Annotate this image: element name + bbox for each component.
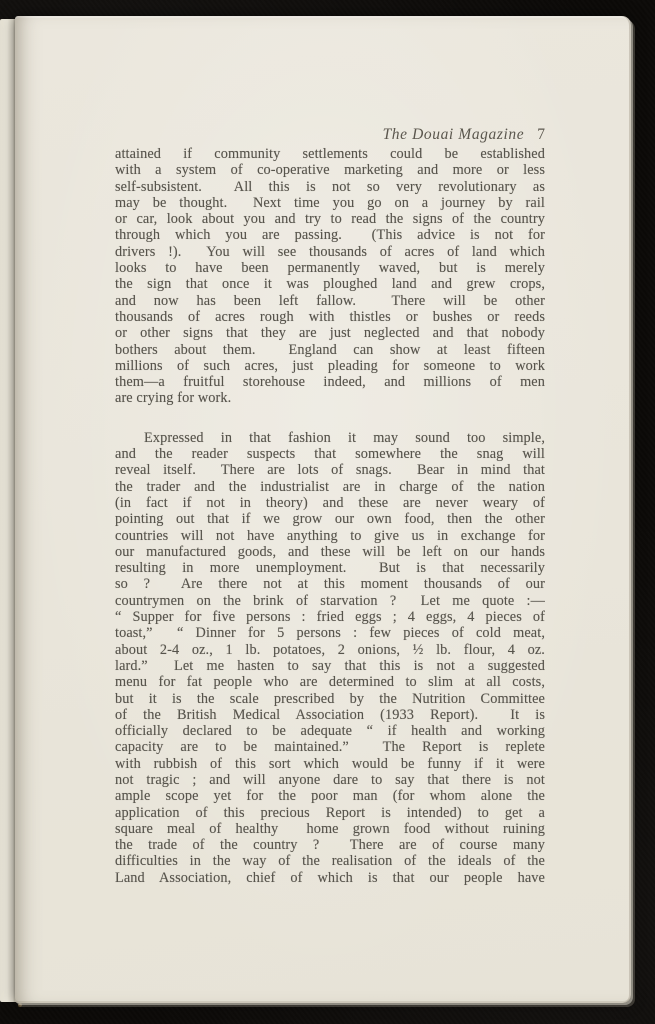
text-line: the sign that once it was ploughed land … (115, 276, 545, 292)
text-line: attained if community settlements could … (115, 146, 545, 162)
text-line: through which you are passing. (This adv… (115, 227, 545, 243)
text-line: pointing out that if we grow our own foo… (115, 511, 545, 527)
paper-speck (18, 1003, 22, 1007)
text-line: our manufactured goods, and these will b… (115, 544, 545, 560)
text-line: “ Supper for five persons : fried eggs ;… (115, 609, 545, 625)
text-line: not tragic ; and will anyone dare to say… (115, 772, 545, 788)
text-line: the trader and the industrialist are in … (115, 479, 545, 495)
text-line: toast,” “ Dinner for 5 persons : few pie… (115, 625, 545, 641)
text-line: about 2-4 oz., 1 lb. potatoes, 2 onions,… (115, 642, 545, 658)
text-line: with a system of co-operative marketing … (115, 162, 545, 178)
text-line: Land Association, chief of which is that… (115, 870, 545, 886)
text-line: of the British Medical Association (1933… (115, 707, 545, 723)
text-line: the trade of the country ? There are of … (115, 837, 545, 853)
text-line: or other signs that they are just neglec… (115, 325, 545, 341)
text-line: officially declared to be adequate “ if … (115, 723, 545, 739)
magazine-title: The Douai Magazine (383, 126, 525, 143)
text-line: drivers !). You will see thousands of ac… (115, 244, 545, 260)
text-line: bothers about them. England can show at … (115, 342, 545, 358)
text-line: capacity are to be maintained.” The Repo… (115, 739, 545, 755)
text-line: are crying for work. (115, 390, 545, 406)
text-line: reveal itself. There are lots of snags. … (115, 462, 545, 478)
text-line: self-subsistent. All this is not so very… (115, 179, 545, 195)
text-line: or car, look about you and try to read t… (115, 211, 545, 227)
paragraph: Expressed in that fashion it may sound t… (115, 430, 545, 886)
text-line: menu for fat people who are determined t… (115, 674, 545, 690)
text-line: difficulties in the way of the realisati… (115, 853, 545, 869)
text-line: Expressed in that fashion it may sound t… (115, 430, 545, 446)
underlying-page-edge (0, 19, 16, 1002)
text-line: and now has been left fallow. There will… (115, 293, 545, 309)
text-line: with rubbish of this sort which would be… (115, 756, 545, 772)
text-line: square meal of healthy home grown food w… (115, 821, 545, 837)
text-line: thousands of acres rough with thistles o… (115, 309, 545, 325)
text-line: so ? Are there not at this moment thousa… (115, 576, 545, 592)
text-line: millions of such acres, just pleading fo… (115, 358, 545, 374)
magazine-page: The Douai Magazine7 attained if communit… (15, 16, 631, 1003)
text-line: (in fact if not in theory) and these are… (115, 495, 545, 511)
book-scan: The Douai Magazine7 attained if communit… (0, 0, 655, 1024)
page-body-text: attained if community settlements could … (115, 146, 545, 886)
text-line: but it is the scale prescribed by the Nu… (115, 691, 545, 707)
text-line: may be thought. Next time you go on a jo… (115, 195, 545, 211)
text-line: lard.” Let me hasten to say that this is… (115, 658, 545, 674)
paragraph: attained if community settlements could … (115, 146, 545, 407)
text-line: ample scope yet for the poor man (for wh… (115, 788, 545, 804)
text-line: resulting in more unemployment. But is t… (115, 560, 545, 576)
text-line: and the reader suspects that somewhere t… (115, 446, 545, 462)
text-line: looks to have been permanently waved, bu… (115, 260, 545, 276)
text-line: countrymen on the brink of starvation ? … (115, 593, 545, 609)
page-number: 7 (537, 126, 545, 143)
text-line: countries will not have anything to give… (115, 528, 545, 544)
text-line: them—a fruitful storehouse indeed, and m… (115, 374, 545, 390)
text-line: application of this precious Report is i… (115, 805, 545, 821)
